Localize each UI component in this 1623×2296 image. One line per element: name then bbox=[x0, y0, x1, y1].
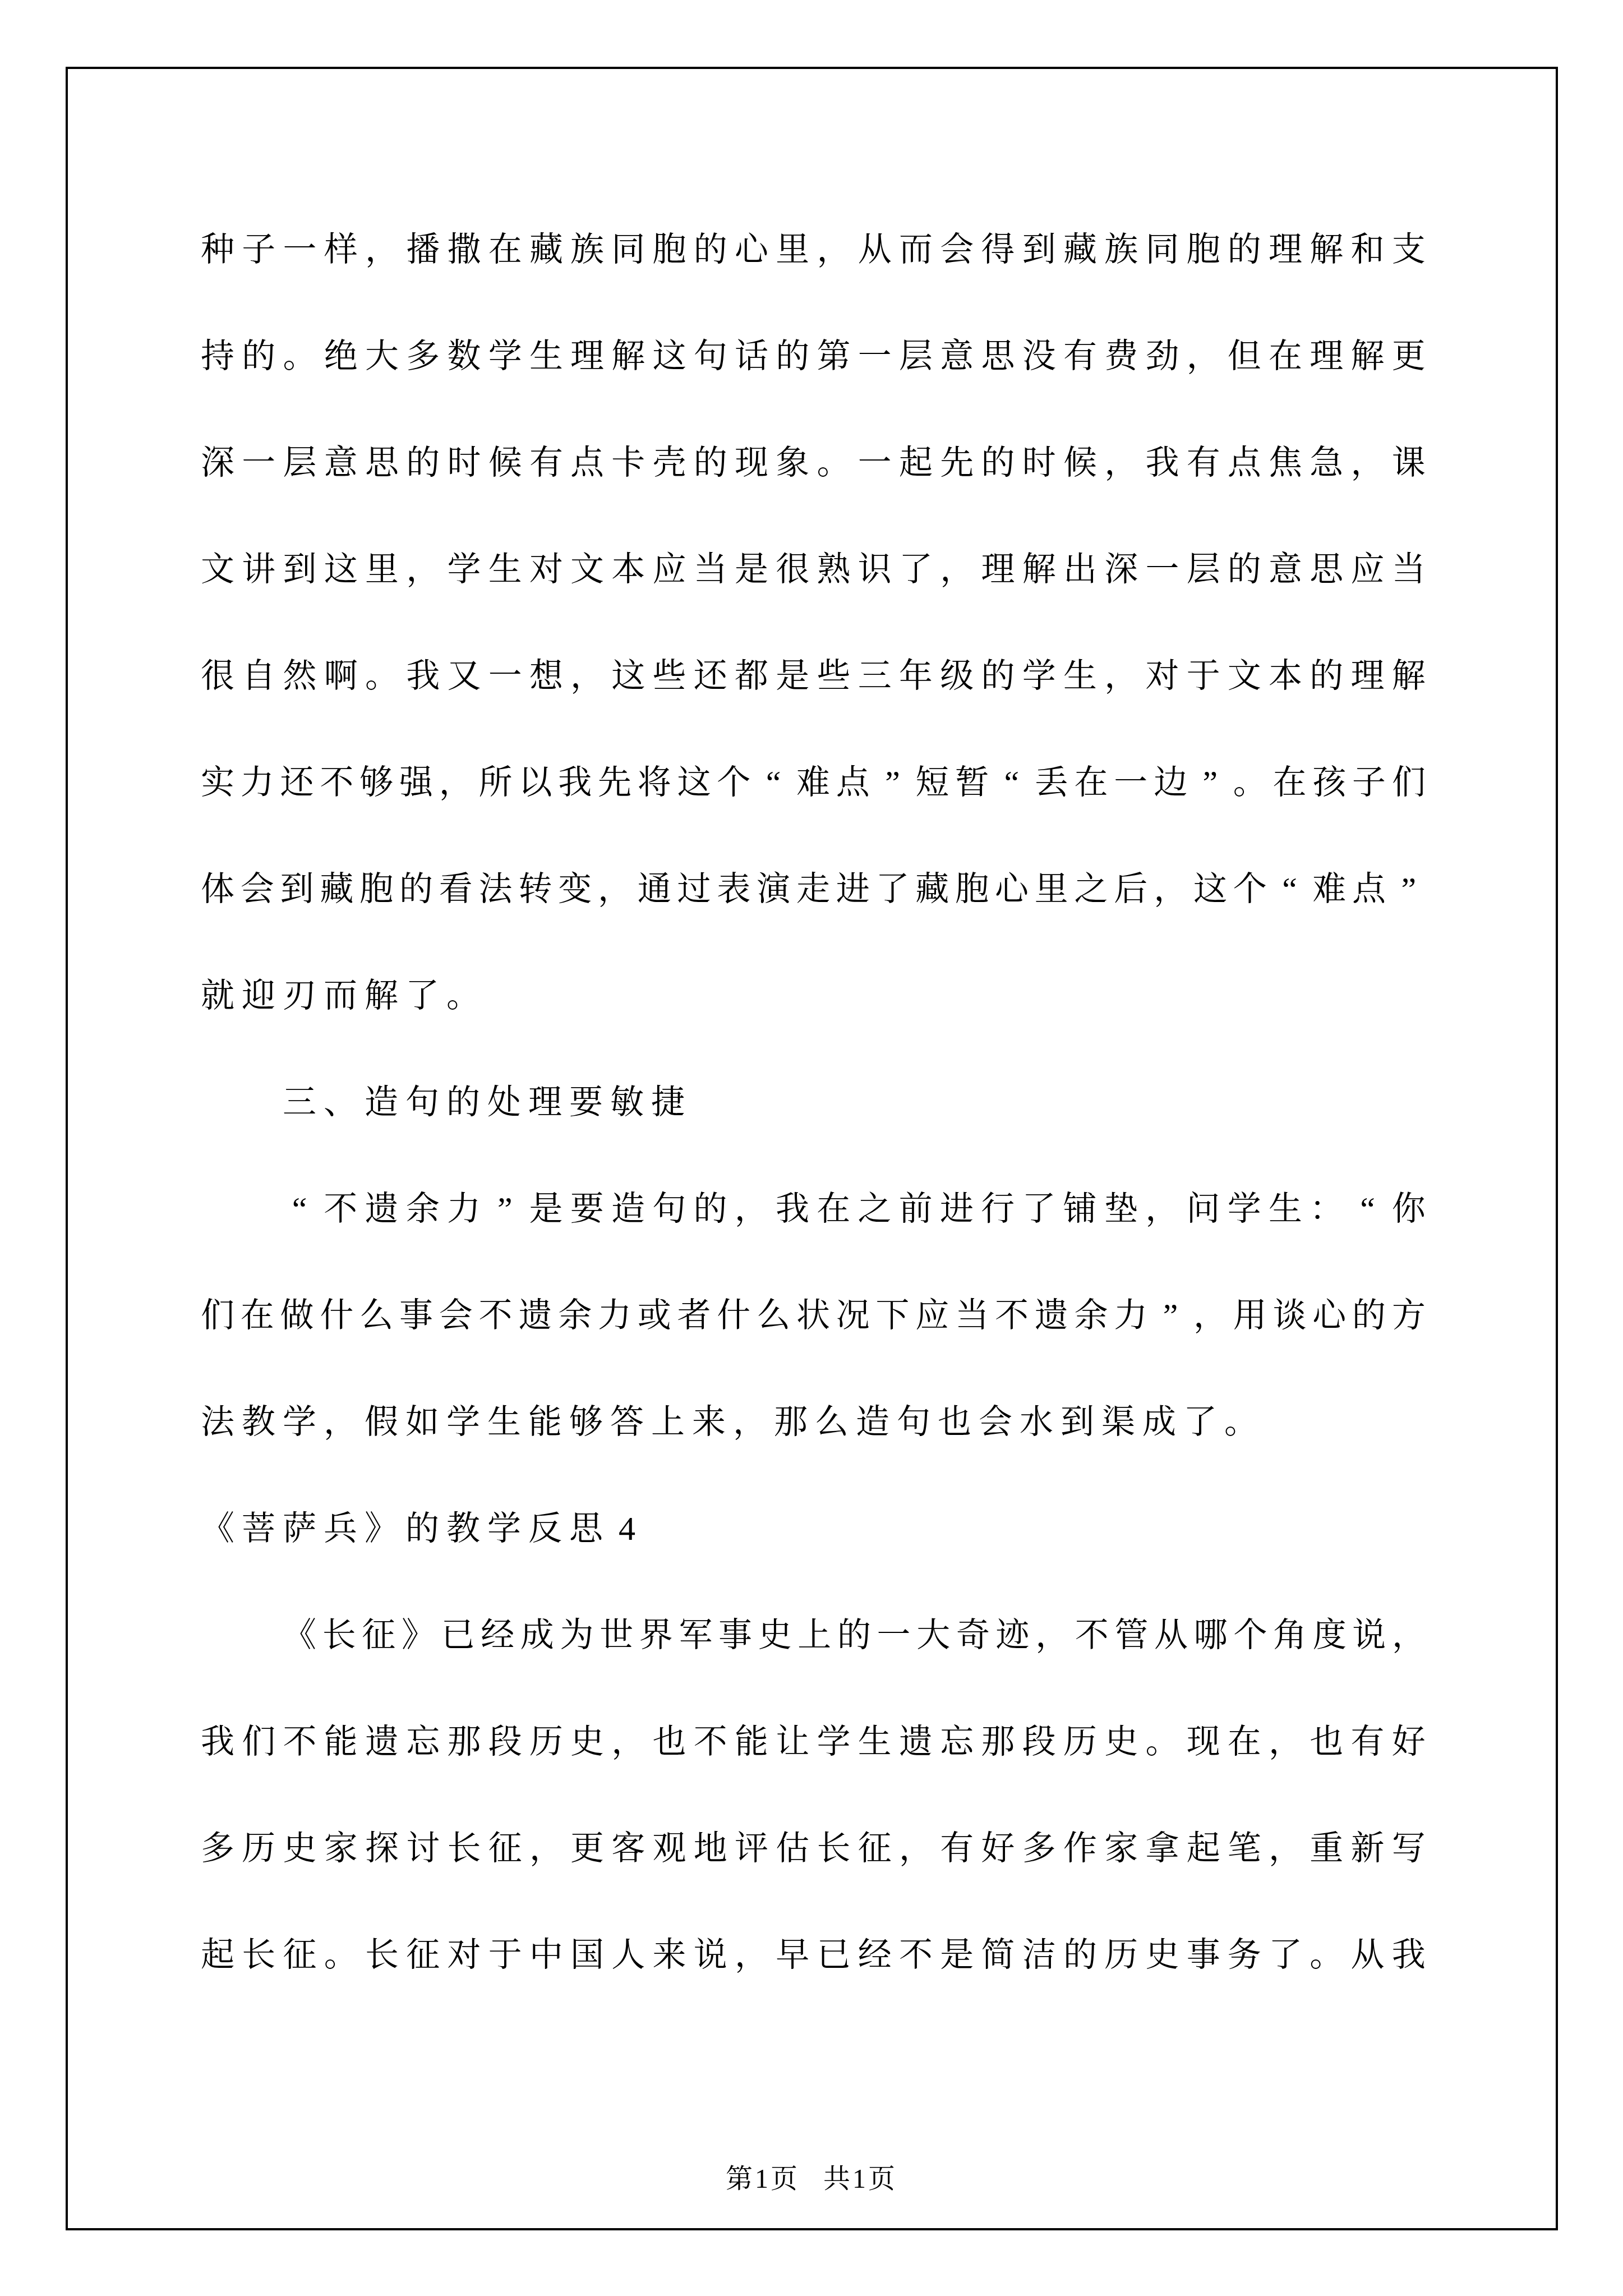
character-cell: 够 bbox=[358, 763, 395, 802]
character-cell: ， bbox=[733, 1189, 770, 1228]
character-cell: 解 bbox=[1390, 656, 1427, 696]
character-cell: 个 bbox=[1232, 869, 1269, 909]
character-cell: 些 bbox=[651, 656, 688, 696]
character-cell: 问 bbox=[1185, 1189, 1222, 1228]
character-cell: 当 bbox=[692, 550, 729, 589]
character-cell: 藏 bbox=[914, 869, 951, 909]
character-cell: 。 bbox=[1232, 763, 1269, 802]
character-cell: 有 bbox=[1062, 337, 1099, 376]
character-cell: 而 bbox=[897, 230, 934, 269]
character-cell: ， bbox=[731, 1402, 768, 1442]
character-cell: 起 bbox=[199, 1935, 236, 1975]
character-cell: ， bbox=[1144, 1189, 1181, 1228]
character-cell: 孩 bbox=[1311, 763, 1348, 802]
character-cell: 心 bbox=[733, 230, 770, 269]
character-cell: 应 bbox=[651, 550, 688, 589]
character-cell: 方 bbox=[1390, 1296, 1427, 1335]
character-cell: 遗 bbox=[517, 1296, 554, 1335]
character-cell: 是 bbox=[528, 1189, 565, 1228]
character-cell: 意 bbox=[938, 337, 975, 376]
character-cell: 都 bbox=[733, 656, 770, 696]
character-cell: 早 bbox=[774, 1935, 811, 1975]
character-cell: 么 bbox=[358, 1296, 395, 1335]
character-cell: 学 bbox=[1021, 656, 1058, 696]
text-line: 文讲到这里，学生对文本应当是很熟识了，理解出深一层的意思应当 bbox=[199, 516, 1427, 623]
character-cell: 的 bbox=[1308, 656, 1345, 696]
character-cell: 学 bbox=[1226, 1189, 1263, 1228]
character-cell: 有 bbox=[528, 443, 565, 482]
character-cell: 很 bbox=[774, 550, 811, 589]
character-cell: 和 bbox=[1349, 230, 1386, 269]
character-cell: 。 bbox=[1144, 1722, 1181, 1761]
character-cell: 在 bbox=[1073, 763, 1110, 802]
character-cell: 当 bbox=[953, 1296, 990, 1335]
character-cell: ， bbox=[938, 550, 975, 589]
character-cell: ， bbox=[733, 1935, 770, 1975]
character-cell: 或 bbox=[636, 1296, 673, 1335]
character-cell: 么 bbox=[813, 1402, 850, 1442]
character-cell: 迹 bbox=[994, 1616, 1031, 1655]
character-cell: 造 bbox=[363, 1083, 400, 1122]
character-cell: 又 bbox=[445, 656, 482, 696]
character-cell: 来 bbox=[690, 1402, 727, 1442]
character-cell: 历 bbox=[1062, 1722, 1099, 1761]
character-cell: 们 bbox=[199, 1296, 236, 1335]
character-cell: 的 bbox=[1226, 230, 1263, 269]
character-cell: 也 bbox=[651, 1722, 688, 1761]
text-line: 实力还不够强，所以我先将这个“难点”短暂“丢在一边”。在孩子们 bbox=[199, 729, 1427, 836]
character-cell: 段 bbox=[487, 1722, 524, 1761]
character-cell: 前 bbox=[897, 1189, 934, 1228]
character-cell: 的 bbox=[404, 1509, 441, 1548]
character-cell: 我 bbox=[1390, 1935, 1427, 1975]
character-cell: 时 bbox=[1021, 443, 1058, 482]
character-cell: 多 bbox=[404, 337, 441, 376]
character-cell: 藏 bbox=[318, 869, 355, 909]
character-cell: 进 bbox=[834, 869, 872, 909]
character-cell: 学 bbox=[445, 1402, 482, 1442]
character-cell: 里 bbox=[1033, 869, 1070, 909]
character-cell: 实 bbox=[199, 763, 236, 802]
character-cell: 课 bbox=[1390, 443, 1427, 482]
character-cell: 如 bbox=[404, 1402, 441, 1442]
character-cell: 然 bbox=[281, 656, 318, 696]
character-cell: 意 bbox=[322, 443, 359, 482]
character-cell: 卡 bbox=[610, 443, 647, 482]
character-cell: 文 bbox=[569, 550, 606, 589]
character-cell: 了 bbox=[1021, 1189, 1058, 1228]
character-cell: 《 bbox=[281, 1616, 318, 1655]
character-cell: 的 bbox=[1062, 1935, 1099, 1975]
character-cell: 长 bbox=[445, 1829, 482, 1868]
character-cell: 句 bbox=[651, 1189, 688, 1228]
character-cell: 作 bbox=[1062, 1829, 1099, 1868]
character-cell: 演 bbox=[755, 869, 792, 909]
character-cell: 点 bbox=[569, 443, 606, 482]
character-cell: 之 bbox=[856, 1189, 893, 1228]
character-cell: 丢 bbox=[1033, 763, 1070, 802]
character-cell: 持 bbox=[199, 337, 236, 376]
character-cell: 务 bbox=[1226, 1935, 1263, 1975]
character-cell: 捷 bbox=[649, 1083, 686, 1122]
text-line: 体会到藏胞的看法转变，通过表演走进了藏胞心里之后，这个“难点” bbox=[199, 836, 1427, 942]
character-cell: 对 bbox=[528, 550, 565, 589]
character-cell: 拿 bbox=[1144, 1829, 1181, 1868]
text-line: 很自然啊。我又一想，这些还都是些三年级的学生，对于文本的理解 bbox=[199, 623, 1427, 729]
character-cell: 已 bbox=[815, 1935, 852, 1975]
character-cell: 能 bbox=[733, 1722, 770, 1761]
character-cell: 的 bbox=[836, 1616, 873, 1655]
character-cell: 不 bbox=[322, 1189, 359, 1228]
character-cell: 应 bbox=[1349, 550, 1386, 589]
character-cell: 费 bbox=[1103, 337, 1140, 376]
character-cell: 史 bbox=[569, 1722, 606, 1761]
character-cell: 子 bbox=[1350, 763, 1387, 802]
character-cell: 进 bbox=[938, 1189, 975, 1228]
character-cell: 重 bbox=[1308, 1829, 1345, 1868]
character-cell: 不 bbox=[692, 1722, 729, 1761]
character-cell: 的 bbox=[692, 443, 729, 482]
character-cell: 者 bbox=[676, 1296, 713, 1335]
character-cell: 不 bbox=[1073, 1616, 1110, 1655]
character-cell: 地 bbox=[692, 1829, 729, 1868]
character-cell: 我 bbox=[774, 1189, 811, 1228]
character-cell: 人 bbox=[610, 1935, 647, 1975]
character-cell: 事 bbox=[717, 1616, 754, 1655]
character-cell: 大 bbox=[363, 337, 400, 376]
character-cell: 不 bbox=[281, 1722, 318, 1761]
character-cell: ， bbox=[1390, 1616, 1427, 1655]
character-cell: 到 bbox=[1021, 230, 1058, 269]
character-cell: 子 bbox=[240, 230, 277, 269]
character-cell: 世 bbox=[598, 1616, 635, 1655]
character-cell: 一 bbox=[240, 443, 277, 482]
character-cell: 族 bbox=[569, 230, 606, 269]
character-cell: 了 bbox=[874, 869, 911, 909]
text-line: 持的。绝大多数学生理解这句话的第一层意思没有费劲，但在理解更 bbox=[199, 303, 1427, 409]
character-cell: 们 bbox=[1390, 763, 1427, 802]
character-cell: 了 bbox=[897, 550, 934, 589]
character-cell: 经 bbox=[479, 1616, 516, 1655]
character-cell: 假 bbox=[363, 1402, 400, 1442]
character-cell: 理 bbox=[1349, 656, 1386, 696]
character-cell: 通 bbox=[636, 869, 673, 909]
character-cell: 那 bbox=[445, 1722, 482, 1761]
character-cell: 那 bbox=[772, 1402, 809, 1442]
text-line: 深一层意思的时候有点卡壳的现象。一起先的时候，我有点焦急，课 bbox=[199, 409, 1427, 516]
character-cell: 就 bbox=[199, 976, 236, 1015]
character-cell: 边 bbox=[1152, 763, 1189, 802]
character-cell: 好 bbox=[1390, 1722, 1427, 1761]
character-cell: 第 bbox=[815, 337, 852, 376]
character-cell: 的 bbox=[979, 656, 1016, 696]
character-cell: ， bbox=[1103, 656, 1140, 696]
character-cell: 学 bbox=[281, 1402, 318, 1442]
character-cell: 啊 bbox=[322, 656, 359, 696]
character-cell: ， bbox=[322, 1402, 359, 1442]
character-cell: 长 bbox=[815, 1829, 852, 1868]
character-cell: ， bbox=[363, 230, 400, 269]
character-cell: 的 bbox=[979, 443, 1016, 482]
character-cell: 么 bbox=[755, 1296, 792, 1335]
character-cell: 渠 bbox=[1100, 1402, 1137, 1442]
character-cell: 征 bbox=[856, 1829, 893, 1868]
character-cell: 家 bbox=[322, 1829, 359, 1868]
character-cell: 中 bbox=[528, 1935, 565, 1975]
character-cell: 从 bbox=[856, 230, 893, 269]
character-cell: 讲 bbox=[240, 550, 277, 589]
character-cell: 》 bbox=[400, 1616, 437, 1655]
character-cell: 这 bbox=[610, 656, 647, 696]
character-cell: 征 bbox=[281, 1935, 318, 1975]
character-cell: 。 bbox=[1223, 1402, 1260, 1442]
character-cell: ， bbox=[1185, 337, 1222, 376]
character-cell: 做 bbox=[279, 1296, 316, 1335]
character-cell: 你 bbox=[1390, 1189, 1427, 1228]
character-cell: 从 bbox=[1152, 1616, 1189, 1655]
character-cell: 以 bbox=[517, 763, 554, 802]
character-cell: 是 bbox=[733, 550, 770, 589]
character-cell: 胞 bbox=[1185, 230, 1222, 269]
character-cell: 力 bbox=[1112, 1296, 1149, 1335]
character-cell: ， bbox=[610, 1722, 647, 1761]
character-cell: 征 bbox=[404, 1935, 441, 1975]
character-cell: 同 bbox=[610, 230, 647, 269]
text-line: 《菩萨兵》的教学反思4 bbox=[199, 1475, 1427, 1582]
character-cell: ， bbox=[815, 230, 852, 269]
character-cell: 短 bbox=[914, 763, 951, 802]
character-cell: ” bbox=[874, 763, 911, 802]
character-cell: 这 bbox=[322, 550, 359, 589]
character-cell: 度 bbox=[1311, 1616, 1348, 1655]
character-cell: 点 bbox=[834, 763, 872, 802]
character-cell: 自 bbox=[240, 656, 277, 696]
character-cell: 遗 bbox=[363, 1722, 400, 1761]
character-cell: 处 bbox=[486, 1083, 523, 1122]
character-cell: 是 bbox=[938, 1935, 975, 1975]
character-cell: 年 bbox=[897, 656, 934, 696]
character-cell: ， bbox=[1192, 1296, 1229, 1335]
character-cell: 经 bbox=[856, 1935, 893, 1975]
character-cell: ， bbox=[437, 763, 474, 802]
character-cell: 心 bbox=[993, 869, 1030, 909]
character-cell: 状 bbox=[795, 1296, 832, 1335]
character-cell: 4 bbox=[608, 1509, 645, 1548]
character-cell: 先 bbox=[596, 763, 633, 802]
character-cell: 文 bbox=[199, 550, 236, 589]
character-cell: 转 bbox=[517, 869, 554, 909]
character-cell: 还 bbox=[692, 656, 729, 696]
character-cell: 想 bbox=[528, 656, 565, 696]
character-cell: 藏 bbox=[528, 230, 565, 269]
character-cell: 表 bbox=[715, 869, 752, 909]
character-cell: 角 bbox=[1271, 1616, 1308, 1655]
character-cell: 够 bbox=[568, 1402, 605, 1442]
character-cell: 已 bbox=[440, 1616, 477, 1655]
character-cell: ， bbox=[1152, 869, 1189, 909]
character-cell: 种 bbox=[199, 230, 236, 269]
character-cell: ， bbox=[404, 550, 441, 589]
character-cell: 应 bbox=[914, 1296, 951, 1335]
character-cell: ， bbox=[528, 1829, 565, 1868]
document-page: 种子一样，播撒在藏族同胞的心里，从而会得到藏族同胞的理解和支持的。绝大多数学生理… bbox=[0, 0, 1623, 2296]
character-cell: 劲 bbox=[1144, 337, 1181, 376]
character-cell: 反 bbox=[527, 1509, 564, 1548]
character-cell: 绝 bbox=[322, 337, 359, 376]
character-cell: 得 bbox=[979, 230, 1016, 269]
character-cell: 。 bbox=[322, 1935, 359, 1975]
character-cell: 学 bbox=[445, 550, 482, 589]
character-cell: 句 bbox=[404, 1083, 441, 1122]
character-cell: 让 bbox=[774, 1722, 811, 1761]
character-cell: ” bbox=[1152, 1296, 1189, 1335]
character-cell: 什 bbox=[715, 1296, 752, 1335]
character-cell: 评 bbox=[733, 1829, 770, 1868]
character-cell: 史 bbox=[757, 1616, 794, 1655]
character-cell: 大 bbox=[915, 1616, 952, 1655]
character-cell: 一 bbox=[875, 1616, 912, 1655]
character-cell: 说 bbox=[1350, 1616, 1387, 1655]
character-cell: ， bbox=[897, 1829, 934, 1868]
character-cell: 余 bbox=[1073, 1296, 1110, 1335]
character-cell: 余 bbox=[556, 1296, 593, 1335]
text-line: 多历史家探讨长征，更客观地评估长征，有好多作家拿起笔，重新写 bbox=[199, 1795, 1427, 1902]
character-cell: 《 bbox=[199, 1509, 236, 1548]
character-cell: 一 bbox=[1112, 763, 1149, 802]
character-cell: “ bbox=[755, 763, 792, 802]
character-cell: 教 bbox=[445, 1509, 482, 1548]
character-cell: 多 bbox=[199, 1829, 236, 1868]
character-cell: 壳 bbox=[651, 443, 688, 482]
character-cell: 教 bbox=[240, 1402, 277, 1442]
character-cell: 意 bbox=[1267, 550, 1304, 589]
text-line: 种子一样，播撒在藏族同胞的心里，从而会得到藏族同胞的理解和支 bbox=[199, 196, 1427, 303]
character-cell: 熟 bbox=[815, 550, 852, 589]
character-cell: 思 bbox=[979, 337, 1016, 376]
character-cell: 学 bbox=[486, 1509, 523, 1548]
character-cell: 对 bbox=[445, 1935, 482, 1975]
character-cell: 为 bbox=[558, 1616, 595, 1655]
character-cell: 支 bbox=[1390, 230, 1427, 269]
text-line: 们在做什么事会不遗余力或者什么状况下应当不遗余力”，用谈心的方 bbox=[199, 1262, 1427, 1369]
character-cell: 学 bbox=[815, 1722, 852, 1761]
character-cell: 家 bbox=[1103, 1829, 1140, 1868]
character-cell: 成 bbox=[519, 1616, 556, 1655]
character-cell: 解 bbox=[1308, 230, 1345, 269]
character-cell: 造 bbox=[854, 1402, 891, 1442]
character-cell: 所 bbox=[477, 763, 514, 802]
character-cell: 难 bbox=[1311, 869, 1348, 909]
character-cell: 体 bbox=[199, 869, 236, 909]
character-cell: 难 bbox=[795, 763, 832, 802]
character-cell: 心 bbox=[1311, 1296, 1348, 1335]
character-cell: 现 bbox=[1185, 1722, 1222, 1761]
character-cell: 史 bbox=[1103, 1722, 1140, 1761]
character-cell: 于 bbox=[1185, 656, 1222, 696]
character-cell: 在 bbox=[1267, 337, 1304, 376]
character-cell: 简 bbox=[979, 1935, 1016, 1975]
character-cell: 。 bbox=[1308, 1935, 1345, 1975]
character-cell: 藏 bbox=[1062, 230, 1099, 269]
character-cell: 有 bbox=[1185, 443, 1222, 482]
character-cell: 不 bbox=[477, 1296, 514, 1335]
character-cell: 能 bbox=[322, 1722, 359, 1761]
character-cell: 事 bbox=[1185, 1935, 1222, 1975]
character-cell: 要 bbox=[569, 1189, 606, 1228]
character-cell: 深 bbox=[1103, 550, 1140, 589]
character-cell: 一 bbox=[856, 443, 893, 482]
character-cell: 要 bbox=[568, 1083, 605, 1122]
character-cell: 但 bbox=[1226, 337, 1263, 376]
character-cell: 个 bbox=[1232, 1616, 1269, 1655]
character-cell: 我 bbox=[199, 1722, 236, 1761]
character-cell: 敏 bbox=[608, 1083, 645, 1122]
character-cell: 谈 bbox=[1271, 1296, 1308, 1335]
character-cell: 到 bbox=[281, 550, 318, 589]
character-cell: 军 bbox=[677, 1616, 714, 1655]
character-cell: 看 bbox=[437, 869, 474, 909]
character-cell: 里 bbox=[363, 550, 400, 589]
character-cell: 焦 bbox=[1267, 443, 1304, 482]
character-cell: 解 bbox=[610, 337, 647, 376]
character-cell: 我 bbox=[1144, 443, 1181, 482]
character-cell: 下 bbox=[874, 1296, 911, 1335]
character-cell: 解 bbox=[1021, 550, 1058, 589]
character-cell: 》 bbox=[363, 1509, 400, 1548]
character-cell: 也 bbox=[1308, 1722, 1345, 1761]
character-cell: 对 bbox=[1144, 656, 1181, 696]
text-line: 就迎刃而解了。 bbox=[199, 942, 1427, 1049]
footer-total-pages: 共1页 bbox=[823, 2157, 897, 2196]
character-cell: 还 bbox=[279, 763, 316, 802]
text-line: 起长征。长征对于中国人来说，早已经不是简洁的历史事务了。从我 bbox=[199, 1902, 1427, 2008]
character-cell: 观 bbox=[651, 1829, 688, 1868]
character-cell: 我 bbox=[404, 656, 441, 696]
character-cell: 生 bbox=[486, 1402, 523, 1442]
character-cell: 史 bbox=[1144, 1935, 1181, 1975]
character-cell: 造 bbox=[610, 1189, 647, 1228]
character-cell: 数 bbox=[445, 337, 482, 376]
character-cell: 现 bbox=[733, 443, 770, 482]
character-cell: 三 bbox=[856, 656, 893, 696]
character-cell: 界 bbox=[638, 1616, 675, 1655]
character-cell: 点 bbox=[1226, 443, 1263, 482]
character-cell: 段 bbox=[1021, 1722, 1058, 1761]
character-cell: 在 bbox=[487, 230, 524, 269]
character-cell: 会 bbox=[239, 869, 276, 909]
character-cell: 学 bbox=[487, 337, 524, 376]
character-cell: 而 bbox=[322, 976, 359, 1015]
character-cell: 力 bbox=[596, 1296, 633, 1335]
character-cell: 里 bbox=[774, 230, 811, 269]
character-cell: 到 bbox=[1059, 1402, 1096, 1442]
character-cell: 急 bbox=[1308, 443, 1345, 482]
character-cell: 法 bbox=[477, 869, 514, 909]
character-cell: 更 bbox=[569, 1829, 606, 1868]
page-footer: 第1页 共1页 bbox=[0, 2157, 1623, 2196]
character-cell: 历 bbox=[528, 1722, 565, 1761]
character-cell: 理 bbox=[979, 550, 1016, 589]
character-cell: ： bbox=[1308, 1189, 1345, 1228]
character-cell: 胞 bbox=[651, 230, 688, 269]
character-cell: 本 bbox=[1267, 656, 1304, 696]
character-cell: 句 bbox=[692, 337, 729, 376]
character-cell: 、 bbox=[322, 1083, 359, 1122]
character-cell: 铺 bbox=[1062, 1189, 1099, 1228]
character-cell: 水 bbox=[1018, 1402, 1055, 1442]
character-cell: ， bbox=[1349, 443, 1386, 482]
character-cell: 答 bbox=[608, 1402, 645, 1442]
